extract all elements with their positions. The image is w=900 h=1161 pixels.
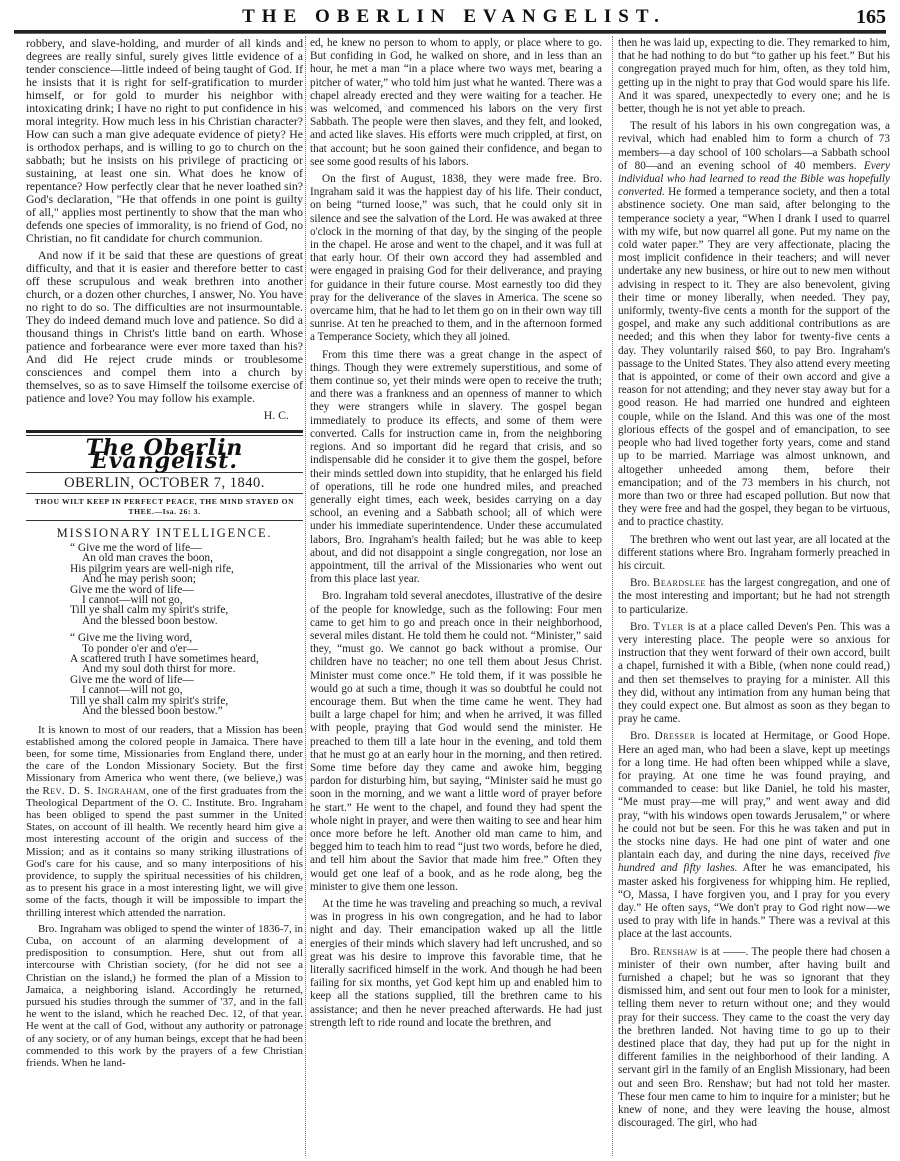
paragraph: The brethren who went out last year, are… [618,534,890,574]
paragraph: Bro. Ingraham told several anecdotes, il… [310,590,602,894]
text: The result of his labors in his own cong… [618,120,890,172]
paragraph: then he was laid up, expecting to die. T… [618,37,890,116]
paragraph: ed, he knew no person to whom to apply, … [310,37,602,169]
person-name: Renshaw [653,946,698,958]
paragraph: On the first of August, 1838, they were … [310,173,602,345]
person-name: Dresser [655,730,696,742]
text: , one of the first graduates from the Th… [26,785,303,919]
paragraph: robbery, and slave-holding, and murder o… [26,37,303,245]
paragraph: Bro. Tyler is at a place called Deven's … [618,621,890,727]
person-name: Tyler [653,621,683,633]
paragraph: Bro. Renshaw is at ——. The people there … [618,946,890,1131]
poem-stanza-2: “ Give me the living word, To ponder o'e… [70,633,303,716]
motto: THOU WILT KEEP IN PERFECT PEACE, THE MIN… [26,494,303,520]
text: is at a place called Deven's Pen. This w… [618,621,890,725]
dateline: OBERLIN, OCTOBER 7, 1840. [26,473,303,493]
signature: H. C. [26,409,303,422]
rule [26,520,303,521]
text: Bro. [630,730,655,742]
paragraph: Bro. Beardslee has the largest congregat… [618,577,890,617]
column-divider [305,36,306,1156]
paragraph: It is known to most of our readers, that… [26,724,303,919]
masthead: The Oberlin Evangelist. OBERLIN, OCTOBER… [26,430,303,521]
text: is at ——. The people there had chosen a … [618,946,890,1130]
page-header: THE OBERLIN EVANGELIST. 165 [14,6,894,28]
poem-stanza-1: “ Give me the word of life— An old man c… [70,543,303,626]
paragraph: From this time there was a great change … [310,349,602,587]
column-1: robbery, and slave-holding, and murder o… [26,37,303,1073]
column-2: ed, he knew no person to whom to apply, … [310,37,602,1034]
person-name: Rev. D. S. Ingraham [42,785,146,797]
paragraph: Bro. Dresser is located at Hermitage, or… [618,730,890,941]
header-rule [14,30,886,34]
column-3: then he was laid up, expecting to die. T… [618,37,890,1134]
page-number: 165 [856,6,886,29]
paragraph: At the time he was traveling and preachi… [310,898,602,1030]
column-divider [612,36,613,1156]
text: He formed a temperance society, and then… [618,186,890,528]
paragraph: And now if it be said that these are que… [26,249,303,405]
text: Bro. [630,621,653,633]
paragraph: The result of his labors in his own cong… [618,120,890,529]
section-heading: MISSIONARY INTELLIGENCE. [26,527,303,540]
poem-line: And the blessed boon bestow. [70,616,303,626]
paragraph: Bro. Ingraham was obliged to spend the w… [26,923,303,1069]
running-title: THE OBERLIN EVANGELIST. [14,6,894,28]
text: Bro. [630,946,653,958]
rule [26,430,303,433]
person-name: Beardslee [653,577,706,589]
masthead-title: The Oberlin Evangelist. [26,436,303,472]
text: is located at Hermitage, or Good Hope. H… [618,730,890,861]
poem-line: And the blessed boon bestow.” [70,706,303,716]
text: Bro. [630,577,653,589]
